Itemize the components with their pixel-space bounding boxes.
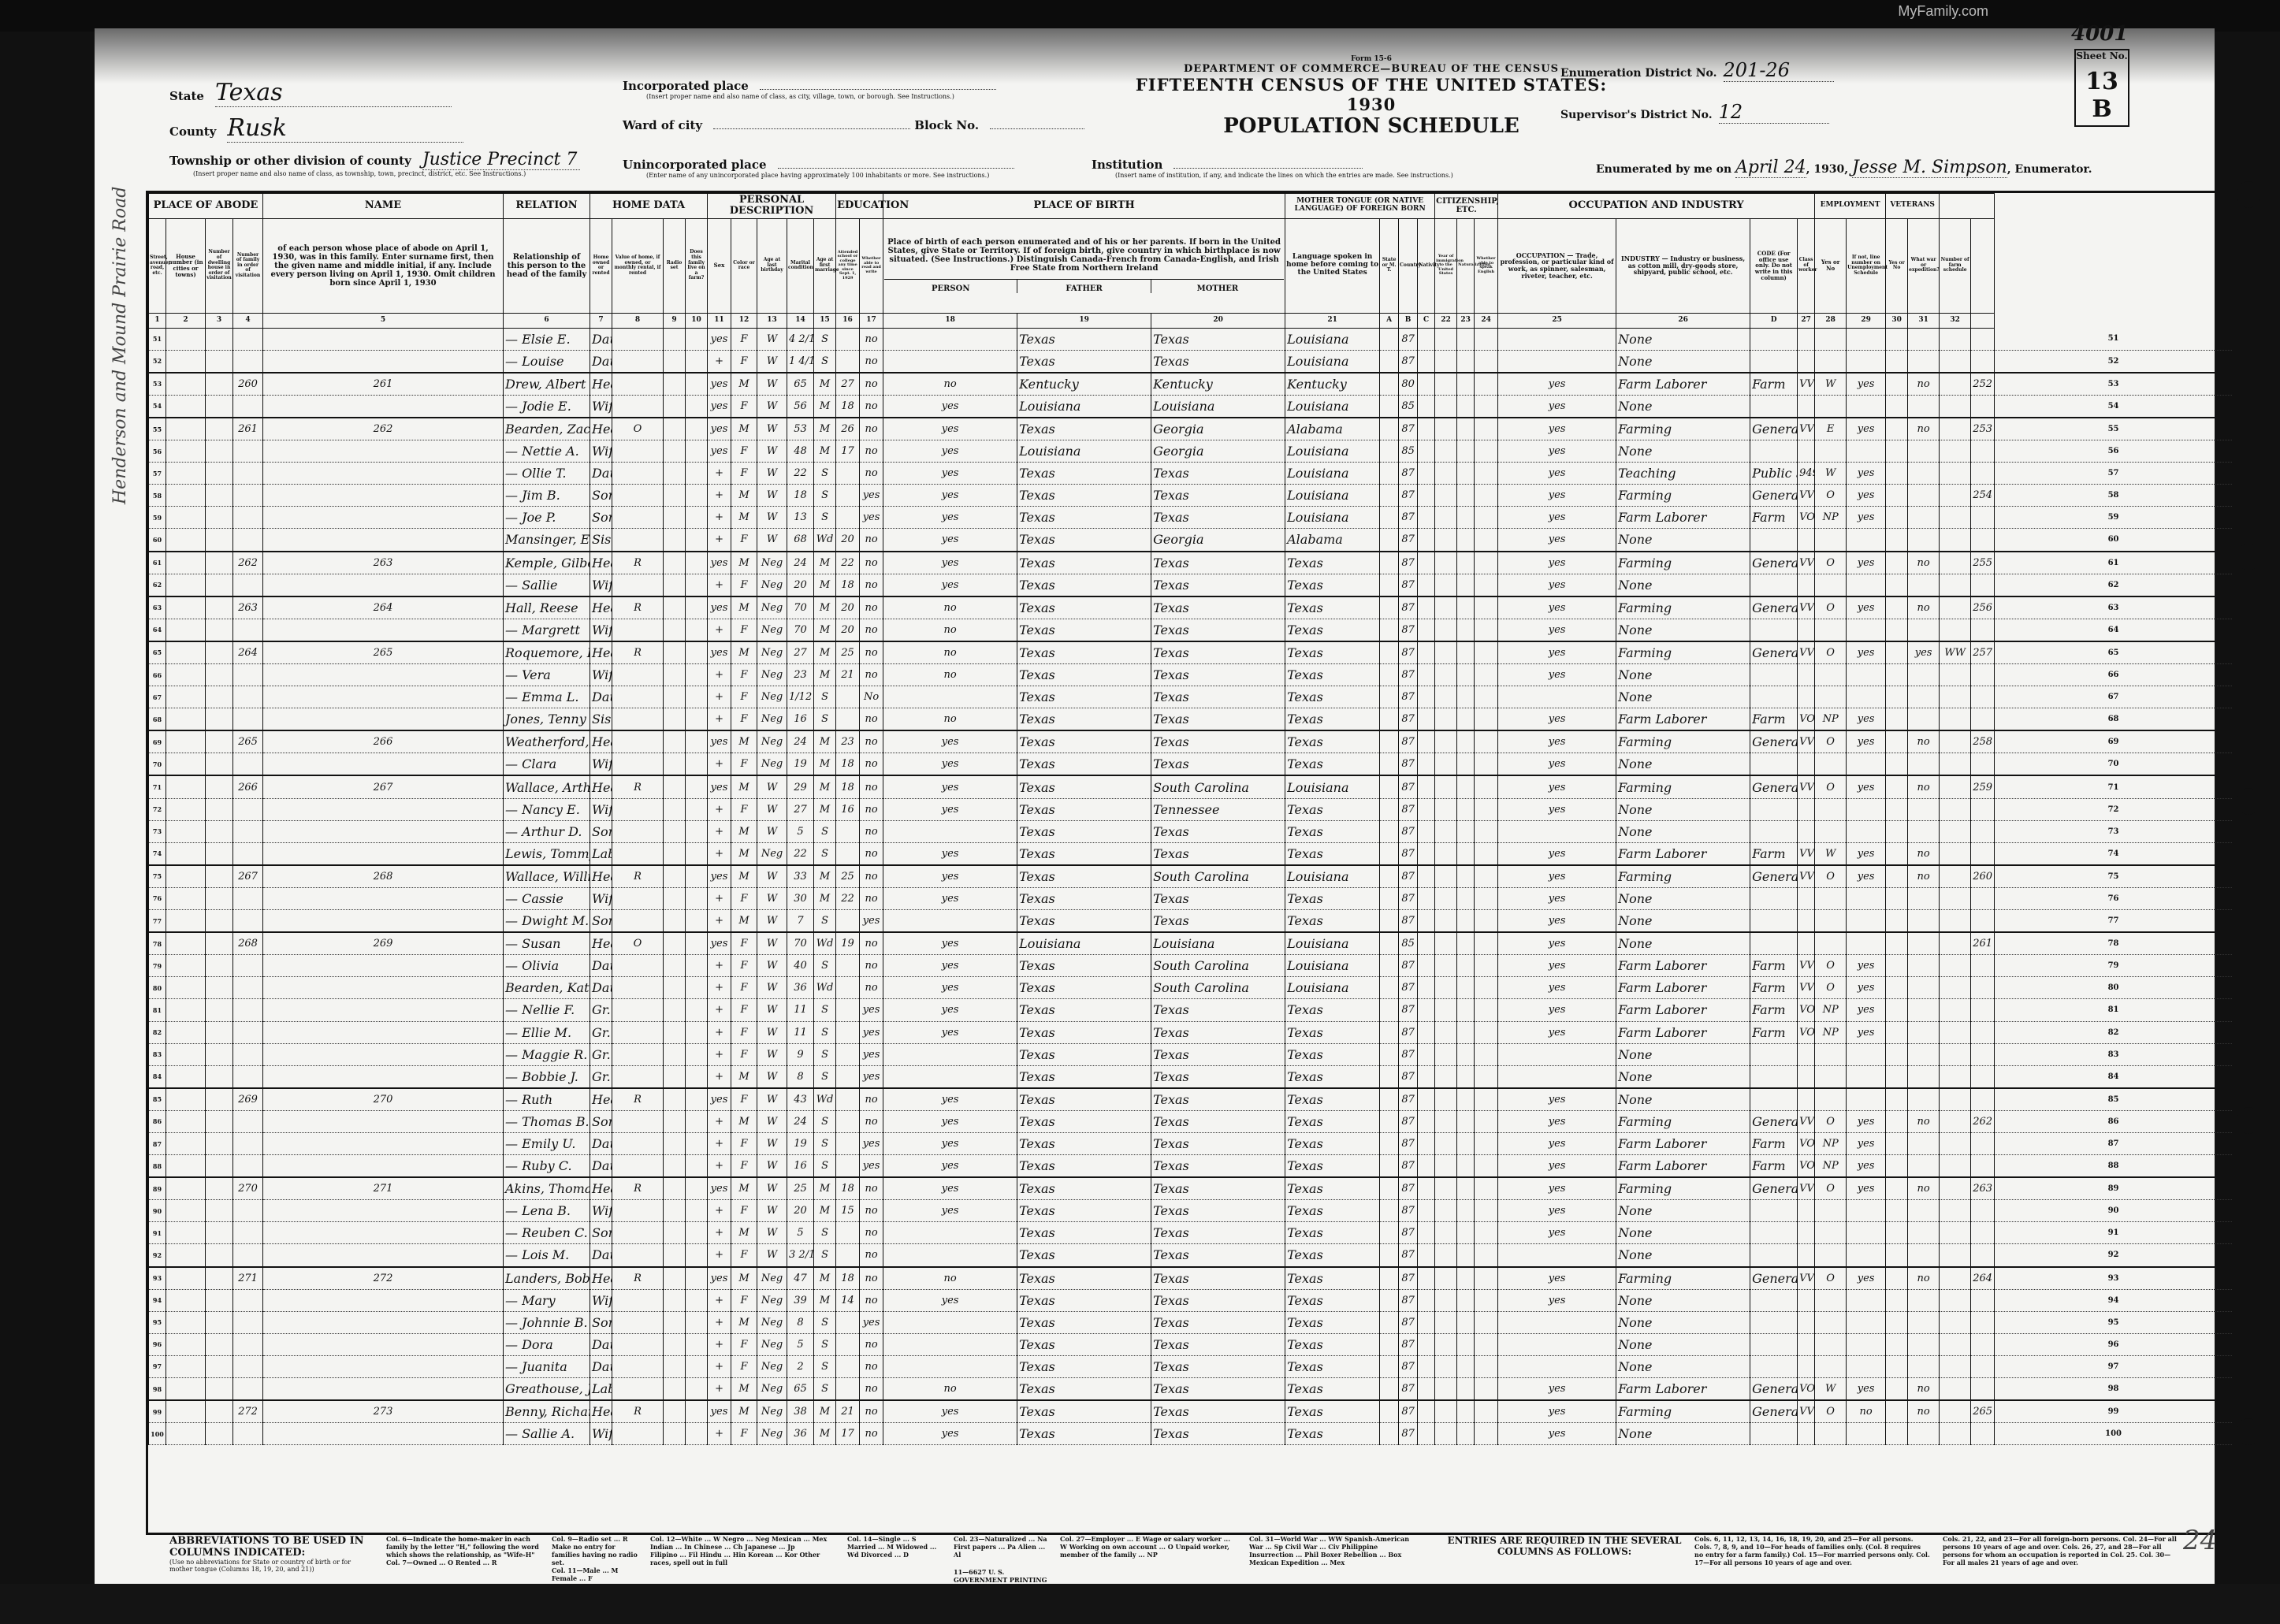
line-number: 78 (149, 932, 166, 955)
cell-code: 87 (1399, 552, 1418, 574)
cell-rel: Wife -H (590, 887, 612, 909)
cell-father: Texas (1151, 1177, 1285, 1200)
cell-fam (263, 485, 504, 507)
cell-race: Neg (757, 596, 787, 619)
col-30-label: Yes or No (1886, 218, 1908, 313)
cell-sex: F (731, 1423, 757, 1445)
cell-mar: S (814, 910, 836, 933)
cell-ind: General Farming (1750, 418, 1798, 440)
line-number: 63 (1995, 596, 2233, 619)
cell-street (166, 1177, 206, 1200)
cell-sex: F (731, 977, 757, 999)
cell-rel: Head (590, 865, 612, 888)
cell-eng: yes (1498, 887, 1616, 909)
cell-cit (1475, 977, 1498, 999)
cell-radio (686, 1355, 708, 1377)
cell-lang (1380, 1267, 1399, 1290)
cell-age: 56 (787, 395, 814, 418)
cell-own (612, 977, 664, 999)
cell-war (1940, 418, 1971, 440)
cell-house (206, 887, 233, 909)
unincorporated-field: Unincorporated place (Enter name of any … (623, 158, 1014, 179)
cell-cls: O (1815, 641, 1847, 664)
cell-war (1940, 463, 1971, 485)
cell-own (612, 328, 664, 350)
cell-sex: F (731, 1355, 757, 1377)
cell-code: 87 (1399, 1132, 1418, 1154)
cell-occ: Farming (1616, 730, 1750, 753)
cell-code: 87 (1399, 1244, 1418, 1267)
cell-country (1418, 328, 1435, 350)
cell-lang (1380, 753, 1399, 776)
cell-mother: Louisiana (1285, 932, 1380, 955)
cell-farmno: 254 (1971, 485, 1995, 507)
cell-person: Texas (1017, 775, 1151, 798)
cell-street (166, 1311, 206, 1333)
cell-val (664, 955, 686, 977)
cell-race: W (757, 350, 787, 373)
cell-mother: Louisiana (1285, 977, 1380, 999)
cell-cit (1475, 1333, 1498, 1355)
cell-unemp (1886, 842, 1908, 865)
cell-sch: no (860, 1088, 883, 1111)
cell-imm (1457, 1043, 1475, 1065)
cell-imm (1457, 686, 1475, 708)
cell-name: — Nellie F. (504, 999, 590, 1021)
cell-mar: M (814, 1289, 836, 1311)
cell-dw (233, 798, 263, 820)
cell-nativity (1435, 999, 1457, 1021)
cell-sch: no (860, 932, 883, 955)
cell-name: Benny, Richard L. (504, 1400, 590, 1423)
cell-race: Neg (757, 1333, 787, 1355)
cell-val (664, 1110, 686, 1132)
cell-own (612, 395, 664, 418)
cell-fam (263, 1132, 504, 1154)
cell-race: W (757, 865, 787, 888)
cell-farmno (1971, 463, 1995, 485)
cell-father: Texas (1151, 596, 1285, 619)
cell-read: no (883, 619, 1017, 641)
cell-read (883, 1244, 1017, 1267)
cell-house (206, 730, 233, 753)
cell-person: Texas (1017, 977, 1151, 999)
cell-street (166, 1021, 206, 1043)
cell-radio (686, 999, 708, 1021)
cell-afm: 20 (836, 596, 860, 619)
cell-afm (836, 1021, 860, 1043)
cell-mother: Texas (1285, 1355, 1380, 1377)
cell-fam (263, 842, 504, 865)
cell-farm: + (708, 1155, 731, 1178)
line-number: 92 (1995, 1244, 2233, 1267)
cell-lang (1380, 664, 1399, 686)
punch-hole (2237, 181, 2260, 208)
cell-mother: Texas (1285, 552, 1380, 574)
cell-sex: F (731, 1021, 757, 1043)
cell-war (1940, 1289, 1971, 1311)
cell-occ: Farming (1616, 865, 1750, 888)
cell-code: 87 (1399, 1423, 1418, 1445)
cell-age: 22 (787, 842, 814, 865)
cell-sex: F (731, 529, 757, 552)
cell-sex: M (731, 507, 757, 529)
cell-eng: yes (1498, 440, 1616, 463)
cell-name: — Arthur D. (504, 820, 590, 842)
cell-occ: None (1616, 328, 1750, 350)
cell-val (664, 418, 686, 440)
cell-dw (233, 820, 263, 842)
cell-sch: no (860, 708, 883, 731)
table-row: 100— Sallie A.Wife -H+FNeg36M17noyesTexa… (149, 1423, 2233, 1445)
line-number: 68 (1995, 708, 2233, 731)
cell-father: Texas (1151, 999, 1285, 1021)
cell-name: — Dwight M. (504, 910, 590, 933)
cell-code: 87 (1399, 708, 1418, 731)
cell-sex: M (731, 910, 757, 933)
cell-dw: 261 (233, 418, 263, 440)
cell-age: 33 (787, 865, 814, 888)
cell-war (1940, 1200, 1971, 1222)
cell-street (166, 418, 206, 440)
cell-code: 87 (1399, 485, 1418, 507)
cell-val (664, 641, 686, 664)
cell-vet (1908, 887, 1940, 909)
cell-cls: NP (1815, 999, 1847, 1021)
line-number: 73 (149, 820, 166, 842)
cell-radio (686, 641, 708, 664)
county-field: CountyRusk (169, 114, 463, 143)
cell-cls (1815, 1043, 1847, 1065)
cell-name: — Jim B. (504, 485, 590, 507)
cell-race: W (757, 1132, 787, 1154)
cell-race: Neg (757, 1355, 787, 1377)
cell-sch: no (860, 1423, 883, 1445)
cell-cit (1475, 1267, 1498, 1290)
cell-race: W (757, 485, 787, 507)
cell-name: — Lois M. (504, 1244, 590, 1267)
table-row: 96— DoraDaughter+FNeg5SnoTexasTexasTexas… (149, 1333, 2233, 1355)
cell-mother: Texas (1285, 1267, 1380, 1290)
cell-mar: M (814, 775, 836, 798)
cell-person: Texas (1017, 1110, 1151, 1132)
cell-father: Texas (1151, 1043, 1285, 1065)
cell-dw (233, 664, 263, 686)
cell-cls: NP (1815, 507, 1847, 529)
cell-afm: 25 (836, 865, 860, 888)
cell-unemp (1886, 1311, 1908, 1333)
cell-sex: M (731, 1311, 757, 1333)
col-15-label: Age at first marriage (814, 218, 836, 313)
cell-occ: None (1616, 1333, 1750, 1355)
cell-street (166, 395, 206, 418)
cell-val (664, 1200, 686, 1222)
cell-street (166, 730, 206, 753)
col-16-label: Attended school or college any time sinc… (836, 218, 860, 313)
cell-code: 87 (1399, 1400, 1418, 1423)
cell-race: W (757, 440, 787, 463)
cell-work: yes (1847, 708, 1886, 731)
cell-afm: 17 (836, 1423, 860, 1445)
cell-rel: Head H (590, 1088, 612, 1111)
cell-radio (686, 328, 708, 350)
cell-fam (263, 1021, 504, 1043)
cell-own (612, 1423, 664, 1445)
cell-unemp (1886, 641, 1908, 664)
cell-lang (1380, 507, 1399, 529)
cell-farm: yes (708, 1400, 731, 1423)
cell-ocode: VVVV (1798, 552, 1815, 574)
col-10-label: Does this family live on a farm? (686, 218, 708, 313)
cell-nativity (1435, 641, 1457, 664)
cell-work (1847, 1289, 1886, 1311)
cell-work (1847, 932, 1886, 955)
cell-nativity (1435, 730, 1457, 753)
cell-lang (1380, 440, 1399, 463)
cell-cls: O (1815, 775, 1847, 798)
cell-farm: + (708, 1043, 731, 1065)
line-number: 59 (1995, 507, 2233, 529)
cell-sch: no (860, 1333, 883, 1355)
cell-person: Texas (1017, 865, 1151, 888)
table-row: 65264265Roquemore, HomerHeadRyesMNeg27M2… (149, 641, 2233, 664)
cell-read (883, 350, 1017, 373)
cell-rel: Daughter (590, 1355, 612, 1377)
cell-fam (263, 350, 504, 373)
cell-imm (1457, 730, 1475, 753)
cell-lang (1380, 1043, 1399, 1065)
cell-sch: no (860, 775, 883, 798)
cell-code: 85 (1399, 440, 1418, 463)
cell-eng: yes (1498, 664, 1616, 686)
cell-afm (836, 350, 860, 373)
cell-name: — Olivia (504, 955, 590, 977)
cell-nativity (1435, 955, 1457, 977)
cell-country (1418, 798, 1435, 820)
table-row: 70— ClaraWife -H+FNeg19M18noyesTexasTexa… (149, 753, 2233, 776)
cell-street (166, 1244, 206, 1267)
cell-cls: O (1815, 1177, 1847, 1200)
cell-street (166, 1355, 206, 1377)
cell-sch: no (860, 664, 883, 686)
cell-mar: S (814, 1021, 836, 1043)
cell-imm (1457, 1289, 1475, 1311)
cell-mother: Texas (1285, 1423, 1380, 1445)
cell-war (1940, 1177, 1971, 1200)
cell-lang (1380, 887, 1399, 909)
cell-eng: yes (1498, 418, 1616, 440)
cell-read: no (883, 641, 1017, 664)
cell-afm: 16 (836, 798, 860, 820)
cell-father: Georgia (1151, 418, 1285, 440)
cell-war (1940, 529, 1971, 552)
cell-mother: Louisiana (1285, 775, 1380, 798)
cell-code: 87 (1399, 1311, 1418, 1333)
cell-work (1847, 1088, 1886, 1111)
enumerated-line: Enumerated by me on April 24, 1930, Jess… (1596, 158, 2092, 177)
cell-work: yes (1847, 1177, 1886, 1200)
cell-ocode: VOVV (1798, 708, 1815, 731)
cell-work: yes (1847, 485, 1886, 507)
col-b-label: Country (1399, 218, 1418, 313)
cell-eng: yes (1498, 552, 1616, 574)
cell-house (206, 1155, 233, 1178)
cell-father: Texas (1151, 686, 1285, 708)
cell-imm (1457, 842, 1475, 865)
cell-farm: yes (708, 775, 731, 798)
cell-street (166, 686, 206, 708)
cell-farm: + (708, 955, 731, 977)
line-number: 94 (1995, 1289, 2233, 1311)
cell-mother: Louisiana (1285, 485, 1380, 507)
col-9-label: Radio set (664, 218, 686, 313)
cell-mar: M (814, 865, 836, 888)
col-25-label: OCCUPATION — Trade, profession, or parti… (1498, 218, 1616, 313)
cell-radio (686, 798, 708, 820)
cell-ocode: VVVV (1798, 485, 1815, 507)
cell-work: yes (1847, 1021, 1886, 1043)
cell-unemp (1886, 1222, 1908, 1244)
cell-eng (1498, 350, 1616, 373)
cell-race: Neg (757, 753, 787, 776)
cell-ocode (1798, 1065, 1815, 1088)
cell-farmno (1971, 887, 1995, 909)
cell-vet: no (1908, 1400, 1940, 1423)
cell-house (206, 529, 233, 552)
cell-age: 23 (787, 664, 814, 686)
cell-eng: yes (1498, 373, 1616, 396)
col-23-label: Naturalization (1457, 218, 1475, 313)
cell-rel: Wife (590, 395, 612, 418)
cell-farm: yes (708, 552, 731, 574)
cell-mother: Texas (1285, 596, 1380, 619)
cell-radio (686, 1222, 708, 1244)
cell-lang (1380, 1355, 1399, 1377)
cell-occ: Farm Laborer (1616, 708, 1750, 731)
cell-person: Texas (1017, 1355, 1151, 1377)
cell-read: yes (883, 418, 1017, 440)
cell-occ: Farm Laborer (1616, 977, 1750, 999)
cell-person: Texas (1017, 753, 1151, 776)
cell-occ: None (1616, 1311, 1750, 1333)
line-number: 80 (1995, 977, 2233, 999)
cell-occ: Farm Laborer (1616, 842, 1750, 865)
cell-name: — Juanita (504, 1355, 590, 1377)
cell-val (664, 1088, 686, 1111)
cell-mar: S (814, 842, 836, 865)
line-number: 67 (1995, 686, 2233, 708)
cell-fam (263, 574, 504, 596)
cell-occ: None (1616, 574, 1750, 596)
cell-farmno: 256 (1971, 596, 1995, 619)
cell-street (166, 619, 206, 641)
cell-farmno (1971, 619, 1995, 641)
cell-name: — Joe P. (504, 507, 590, 529)
cell-ocode: VVVV (1798, 865, 1815, 888)
cell-val (664, 463, 686, 485)
cell-own (612, 1021, 664, 1043)
cell-mother: Texas (1285, 730, 1380, 753)
cell-farm: + (708, 820, 731, 842)
cell-farmno (1971, 328, 1995, 350)
cell-radio (686, 1311, 708, 1333)
group-employment: EMPLOYMENT (1815, 194, 1886, 219)
township-value: Justice Precinct 7 (422, 150, 580, 170)
cell-war (1940, 1088, 1971, 1111)
cell-house (206, 910, 233, 933)
cell-radio (686, 1132, 708, 1154)
cell-fam (263, 686, 504, 708)
cell-vet (1908, 1333, 1940, 1355)
cell-read: yes (883, 1289, 1017, 1311)
cell-val (664, 619, 686, 641)
cell-own (612, 798, 664, 820)
cell-name: Landers, Bob. (504, 1267, 590, 1290)
cell-cls (1815, 1065, 1847, 1088)
cell-father: Louisiana (1151, 395, 1285, 418)
line-number: 91 (149, 1222, 166, 1244)
cell-dw (233, 955, 263, 977)
cell-ind (1750, 1200, 1798, 1222)
cell-farmno (1971, 1333, 1995, 1355)
cell-ind: Farm (1750, 373, 1798, 396)
cell-person: Louisiana (1017, 932, 1151, 955)
line-number: 83 (1995, 1043, 2233, 1065)
cell-mother: Texas (1285, 664, 1380, 686)
cell-house (206, 820, 233, 842)
cell-code: 87 (1399, 910, 1418, 933)
cell-unemp (1886, 373, 1908, 396)
cell-ocode: VVVV (1798, 842, 1815, 865)
cell-cit (1475, 664, 1498, 686)
cell-eng: yes (1498, 753, 1616, 776)
line-number: 87 (149, 1132, 166, 1154)
cell-eng (1498, 1065, 1616, 1088)
cell-sex: F (731, 1244, 757, 1267)
table-row: 83— Maggie R.Gr. Daughter+FW9SyesTexasTe… (149, 1043, 2233, 1065)
cell-father: Texas (1151, 1267, 1285, 1290)
table-row: 88— Ruby C.Daughter+FW16SyesyesTexasTexa… (149, 1155, 2233, 1178)
cell-ind (1750, 1355, 1798, 1377)
cell-cls: O (1815, 485, 1847, 507)
cell-unemp (1886, 440, 1908, 463)
cell-dw (233, 1311, 263, 1333)
cell-cit (1475, 463, 1498, 485)
cell-code: 85 (1399, 932, 1418, 955)
cell-vet: no (1908, 842, 1940, 865)
cell-sex: M (731, 552, 757, 574)
cell-father: Texas (1151, 1423, 1285, 1445)
cell-radio (686, 1400, 708, 1423)
cell-own: R (612, 1088, 664, 1111)
cell-house (206, 798, 233, 820)
cell-eng (1498, 1244, 1616, 1267)
cell-ind: General Farming (1750, 775, 1798, 798)
cell-lang (1380, 999, 1399, 1021)
cell-ind (1750, 395, 1798, 418)
cell-race: Neg (757, 1267, 787, 1290)
sheet-number: 13 B (2076, 68, 2128, 123)
line-number: 60 (149, 529, 166, 552)
cell-vet: no (1908, 418, 1940, 440)
cell-father: Texas (1151, 1311, 1285, 1333)
cell-read: yes (883, 932, 1017, 955)
cell-vet (1908, 1021, 1940, 1043)
cell-house (206, 440, 233, 463)
group-education: EDUCATION (836, 194, 883, 219)
cell-ocode: VVVV (1798, 596, 1815, 619)
cell-eng (1498, 686, 1616, 708)
